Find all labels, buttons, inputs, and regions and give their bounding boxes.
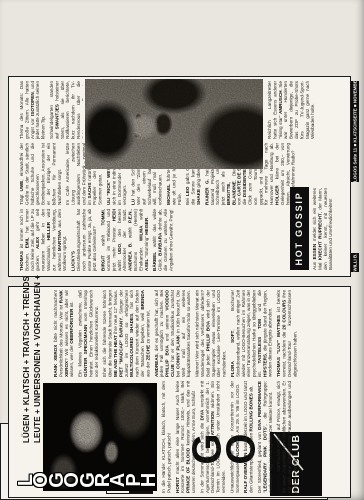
photo-grain xyxy=(85,79,263,169)
column-text: Thema des Monats: Das große Zittern. All… xyxy=(19,81,83,139)
left-article-column-1: In die Hände: KLATSCH, klatsch, klatsch,… xyxy=(161,381,345,493)
masthead-letter: H xyxy=(142,465,157,495)
gossip-column-1: THOMAS ist immer noch in Bochum. EMIL ha… xyxy=(19,209,287,271)
portrait-halftone-photo xyxy=(85,79,263,169)
logograph-article-box: L O G O G R A P H LÜGEN + KLATSCH + TRAT… xyxy=(8,286,351,498)
page-footer-text: LOGOS Seite 11 ■ KLATSCHSEITE ■ NOVEMBER… xyxy=(351,81,359,182)
scanned-magazine-page: L O G O G R A P H LÜGEN + KLATSCH + TRAT… xyxy=(0,0,364,500)
gossip-article-box: THOMAS ist immer noch in Bochum. EMIL ha… xyxy=(8,76,351,277)
column-text: RANK XEROX bitte nicht nachmachen! Persö… xyxy=(53,290,298,377)
column-text: In die Hände: KLATSCH, klatsch, klatsch,… xyxy=(161,381,298,493)
hot-gossip-header: HOT GOSSIP xyxy=(290,187,309,270)
headline-line2: LEUTE + UNPERSONEN + VORSCHAUEN + xyxy=(33,275,44,443)
column-text: Reichlich Langzeitretter hatte sich Esse… xyxy=(267,81,316,139)
rotated-page: L O G O G R A P H LÜGEN + KLATSCH + TRAT… xyxy=(0,0,364,500)
logograph-masthead: L O G O G R A P H xyxy=(19,465,158,495)
headline-line1: LÜGEN + KLATSCH + TRATSCH + TRENDS xyxy=(22,275,33,443)
gossip-column-3-top: Thema des Monats: Das große Zittern. All… xyxy=(19,81,83,139)
gossip-column-3-bottom: Reichlich Langzeitretter hatte sich Esse… xyxy=(267,81,345,139)
article-headline: LÜGEN + KLATSCH + TRATSCH + TRENDS LEUTE… xyxy=(22,275,43,443)
page-footer-credit: LOGOS Seite 11 ■ KLATSCHSEITE ■ NOVEMBER… xyxy=(351,81,359,182)
column-text: THOMAS ist immer noch in Bochum. EMIL ha… xyxy=(19,209,174,271)
credit-chip-text: WILLI B. xyxy=(351,253,359,272)
credit-chip: WILLI B. xyxy=(351,253,359,272)
left-article-column-2: RANK XEROX bitte nicht nachmachen! Persö… xyxy=(53,290,345,377)
